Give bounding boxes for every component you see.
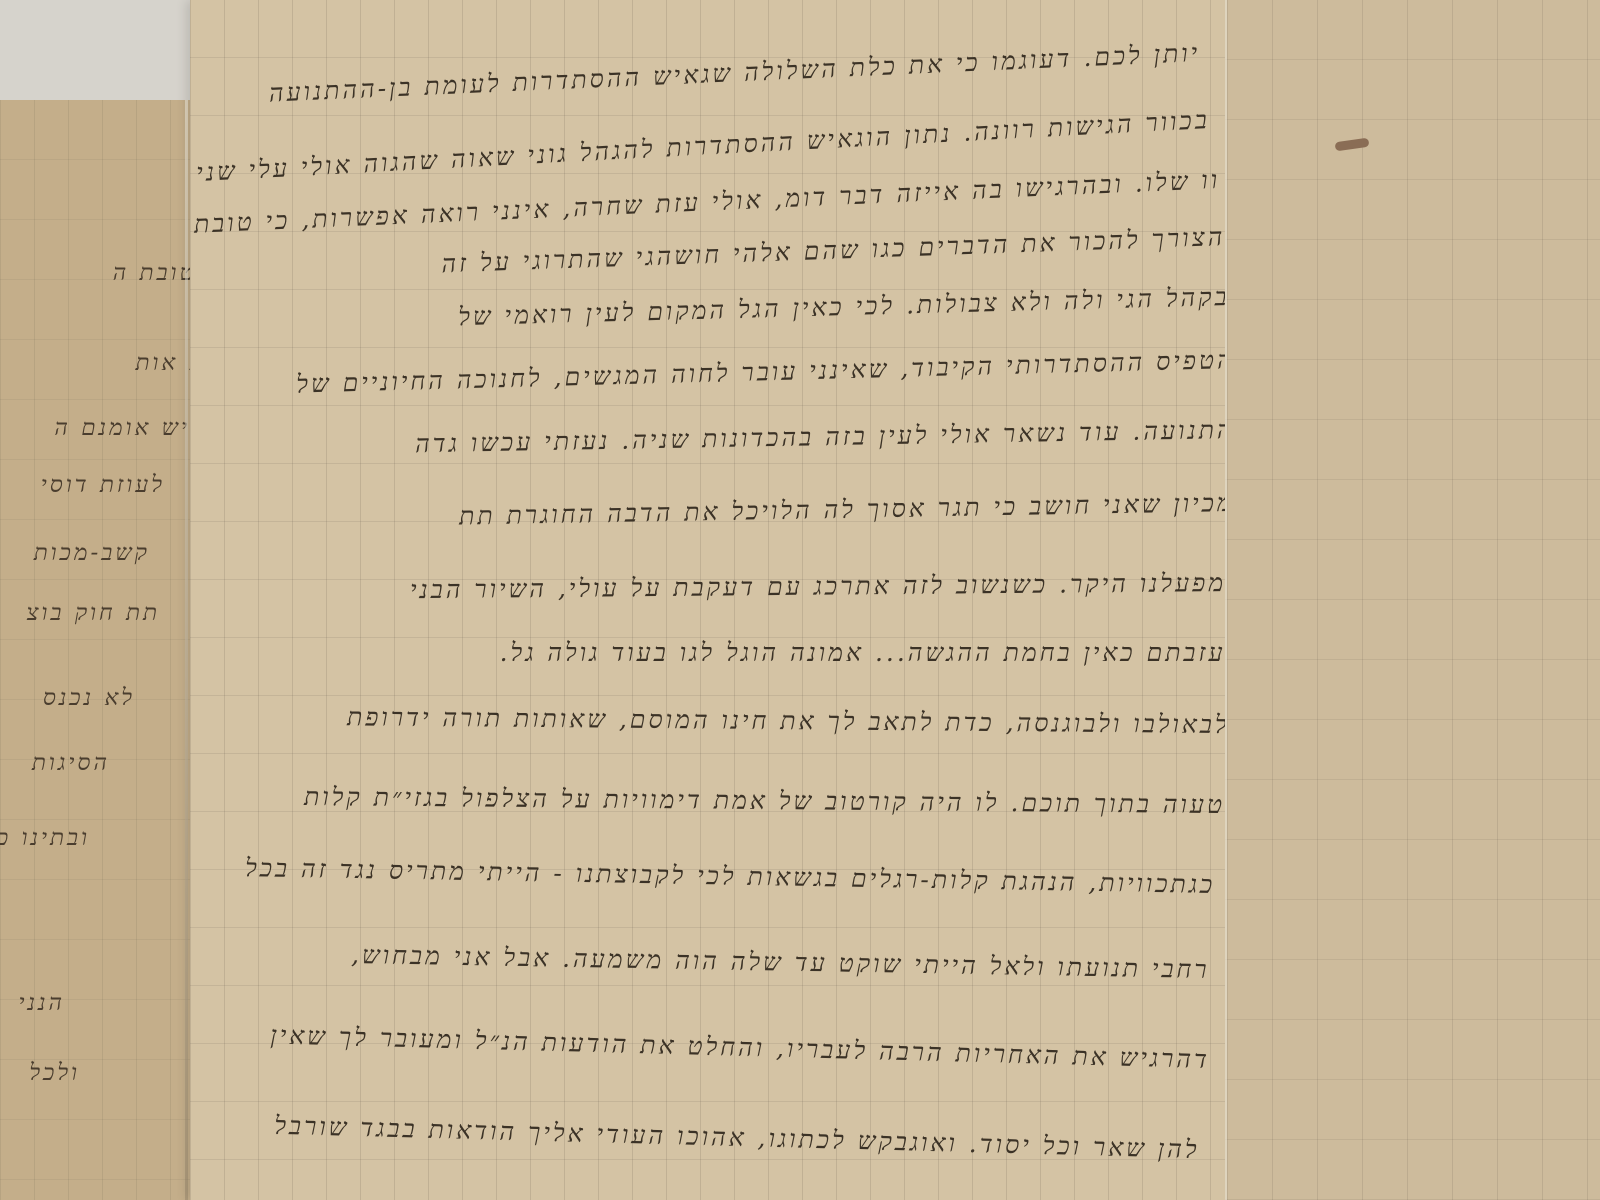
left-fragment: ולכל [29,1060,80,1086]
letter-line: מכיון שאני חושב כי תגר אסוך לה הלויכל את… [459,488,1235,532]
left-fragment: הסיגות [32,750,110,776]
letter-line: ומפעלנו היקר. כשנשוב לזה אתרכג עם דעקבת … [409,568,1235,605]
left-fragment: ובתינו כ [0,825,90,851]
left-fragment: יש אומנם ה [54,415,190,441]
page-fold [185,100,188,1200]
letter-line: התנועה. עוד נשאר אולי לעין בזה בהכדונות … [415,415,1235,459]
photo-scene: כי טובת ה פה אות יש אומנם ה לעוזת דוסי ק… [0,0,1600,1200]
letter-page: יותן לכם. דעוגמו כי את כלת השלולה שגאיש … [190,0,1270,1200]
letter-line: רחבי תנועתו ולאל הייתי שוקט עד שלה הוה מ… [351,940,1210,985]
letter-line: הטפיס ההסתדרותי הקיבוד, שאינני עובר לחוה… [296,345,1235,400]
letter-line: בקהל הגי ולה ולא צבולות. לכי כאין הגל המ… [458,282,1230,332]
letter-line: ועזבתם כאין בחמת ההגשה... אמונה הוגל לגו… [500,638,1235,668]
left-fragment: הנני [19,990,65,1016]
letter-line: לבאולבו ולבוגנסה, כדת לתאב לך את חינו המ… [347,702,1230,740]
letter-line: יותן לכם. דעוגמו כי את כלת השלולה שגאיש … [268,38,1201,109]
letter-line: הצורך להכור את הדברים כגו שהם אלהי חושהג… [441,222,1226,279]
white-background [0,0,200,108]
left-fragment: לעוזת דוסי [41,472,165,498]
left-fragment: לא נכנס [43,685,135,711]
left-fragment: תת חוק בוצ [27,600,161,626]
letter-line: להן שאר וכל יסוד. ואוגבקש לכתוגו, אהוכו … [274,1111,1200,1165]
letter-line: דהרגיש את האחריות הרבה לעבריו, והחלט את … [270,1020,1210,1075]
letter-line: טעוה בתוך תוכם. לו היה קורטוב של אמת דימ… [304,782,1225,820]
left-fragment: קשב-מכות [34,540,150,566]
right-blank-panel [1225,0,1600,1200]
letter-line: כגתכוויות, הנהגת קלות-רגלים בגשאות לכי ל… [245,853,1216,900]
